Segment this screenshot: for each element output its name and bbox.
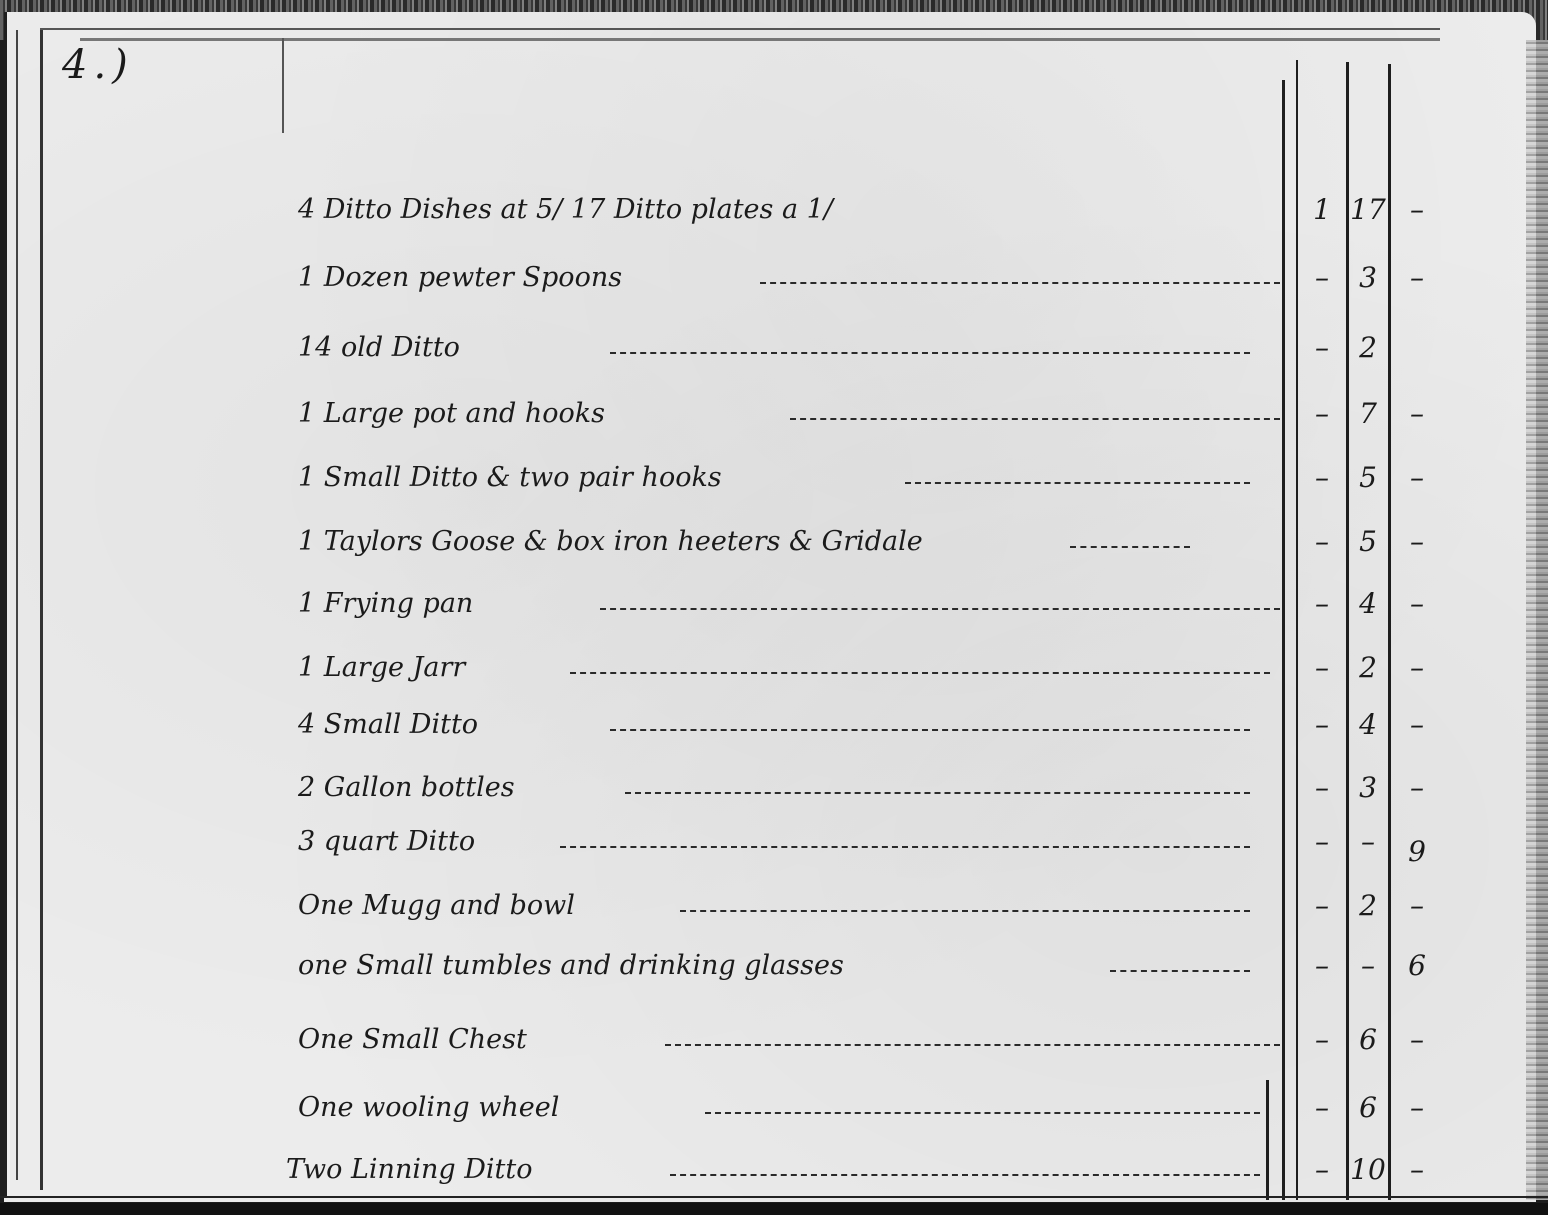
shillings-value: 4 [1348, 584, 1388, 624]
pounds-value: – [1298, 946, 1346, 986]
pounds-value: – [1298, 886, 1346, 926]
shillings-value: 5 [1348, 458, 1388, 498]
list-item: Two Linning Ditto – 10 – [0, 1150, 1548, 1190]
list-item: one Small tumbles and drinking glasses –… [0, 946, 1548, 986]
shillings-value: – [1348, 822, 1388, 862]
list-item: 1 Small Ditto & two pair hooks – 5 – [0, 458, 1548, 498]
pounds-value: – [1298, 1088, 1346, 1128]
dotted-leader [670, 1174, 1260, 1176]
item-description: One wooling wheel [298, 1088, 559, 1128]
shillings-value: 4 [1348, 705, 1388, 745]
shillings-value: 2 [1348, 648, 1388, 688]
pence-value: – [1392, 648, 1442, 688]
dotted-leader [625, 792, 1250, 794]
pounds-value: – [1298, 458, 1346, 498]
item-description: 1 Taylors Goose & box iron heeters & Gri… [298, 522, 923, 562]
item-description: 4 Small Ditto [298, 705, 478, 745]
pounds-value: – [1298, 584, 1346, 624]
list-item: 3 quart Ditto – – 9 [0, 822, 1548, 862]
list-item: One Mugg and bowl – 2 – [0, 886, 1548, 926]
pounds-value: – [1298, 1020, 1346, 1060]
shillings-value: 2 [1348, 886, 1388, 926]
dotted-leader [600, 608, 1280, 610]
dotted-leader [1070, 546, 1190, 548]
list-item: One wooling wheel – 6 – [0, 1088, 1548, 1128]
scan-bottom-edge [0, 1203, 1548, 1215]
list-item: 2 Gallon bottles – 3 – [0, 768, 1548, 808]
page-bottom-rule [0, 1196, 1548, 1198]
pounds-value: – [1298, 258, 1346, 298]
item-description: 4 Ditto Dishes at 5/ 17 Ditto plates a 1… [298, 190, 833, 230]
item-description: 3 quart Ditto [298, 822, 475, 862]
pence-value: – [1392, 1020, 1442, 1060]
pence-value: – [1392, 768, 1442, 808]
pence-value: – [1392, 394, 1442, 434]
shillings-value: 3 [1348, 258, 1388, 298]
dotted-leader [760, 282, 1280, 284]
inventory-list: 4 Ditto Dishes at 5/ 17 Ditto plates a 1… [0, 0, 1548, 1215]
list-item: 1 Frying pan – 4 – [0, 584, 1548, 624]
pounds-value: – [1298, 328, 1346, 368]
list-item: 1 Taylors Goose & box iron heeters & Gri… [0, 522, 1548, 562]
shillings-value: 2 [1348, 328, 1388, 368]
pounds-value: – [1298, 768, 1346, 808]
pence-value: – [1392, 886, 1442, 926]
shillings-value: 3 [1348, 768, 1388, 808]
pence-value: 6 [1392, 946, 1442, 986]
list-item: 1 Large pot and hooks – 7 – [0, 394, 1548, 434]
item-description: 1 Frying pan [298, 584, 473, 624]
dotted-leader [610, 352, 1250, 354]
list-item: 14 old Ditto – 2 [0, 328, 1548, 368]
pence-value: – [1392, 522, 1442, 562]
item-description: 1 Small Ditto & two pair hooks [298, 458, 722, 498]
item-description: Two Linning Ditto [286, 1150, 532, 1190]
item-description: 1 Dozen pewter Spoons [298, 258, 622, 298]
shillings-value: 10 [1348, 1150, 1388, 1190]
dotted-leader [705, 1112, 1260, 1114]
list-item: One Small Chest – 6 – [0, 1020, 1548, 1060]
dotted-leader [560, 846, 1250, 848]
dotted-leader [570, 672, 1270, 674]
item-description: one Small tumbles and drinking glasses [298, 946, 844, 986]
item-description: 1 Large Jarr [298, 648, 465, 688]
dotted-leader [905, 482, 1250, 484]
pence-value: – [1392, 1150, 1442, 1190]
list-item: 1 Large Jarr – 2 – [0, 648, 1548, 688]
shillings-value: 7 [1348, 394, 1388, 434]
pence-value: 9 [1392, 832, 1442, 872]
pence-value: – [1392, 584, 1442, 624]
dotted-leader [790, 418, 1280, 420]
item-description: One Mugg and bowl [298, 886, 575, 926]
pounds-value: – [1298, 394, 1346, 434]
item-description: 2 Gallon bottles [298, 768, 515, 808]
pounds-value: – [1298, 705, 1346, 745]
dotted-leader [610, 729, 1250, 731]
shillings-value: 5 [1348, 522, 1388, 562]
pence-value: – [1392, 705, 1442, 745]
pence-value: – [1392, 258, 1442, 298]
pounds-value: 1 [1298, 190, 1346, 230]
list-item: 4 Ditto Dishes at 5/ 17 Ditto plates a 1… [0, 190, 1548, 230]
pounds-value: – [1298, 822, 1346, 862]
shillings-value: – [1348, 946, 1388, 986]
pence-value: – [1392, 1088, 1442, 1128]
list-item: 1 Dozen pewter Spoons – 3 – [0, 258, 1548, 298]
pence-value: – [1392, 190, 1442, 230]
list-item: 4 Small Ditto – 4 – [0, 705, 1548, 745]
shillings-value: 17 [1348, 190, 1388, 230]
dotted-leader [680, 910, 1250, 912]
dotted-leader [665, 1044, 1280, 1046]
dotted-leader [1110, 970, 1250, 972]
item-description: One Small Chest [298, 1020, 527, 1060]
pounds-value: – [1298, 648, 1346, 688]
pounds-value: – [1298, 1150, 1346, 1190]
shillings-value: 6 [1348, 1020, 1388, 1060]
item-description: 14 old Ditto [298, 328, 460, 368]
shillings-value: 6 [1348, 1088, 1388, 1128]
item-description: 1 Large pot and hooks [298, 394, 605, 434]
pounds-value: – [1298, 522, 1346, 562]
pence-value: – [1392, 458, 1442, 498]
